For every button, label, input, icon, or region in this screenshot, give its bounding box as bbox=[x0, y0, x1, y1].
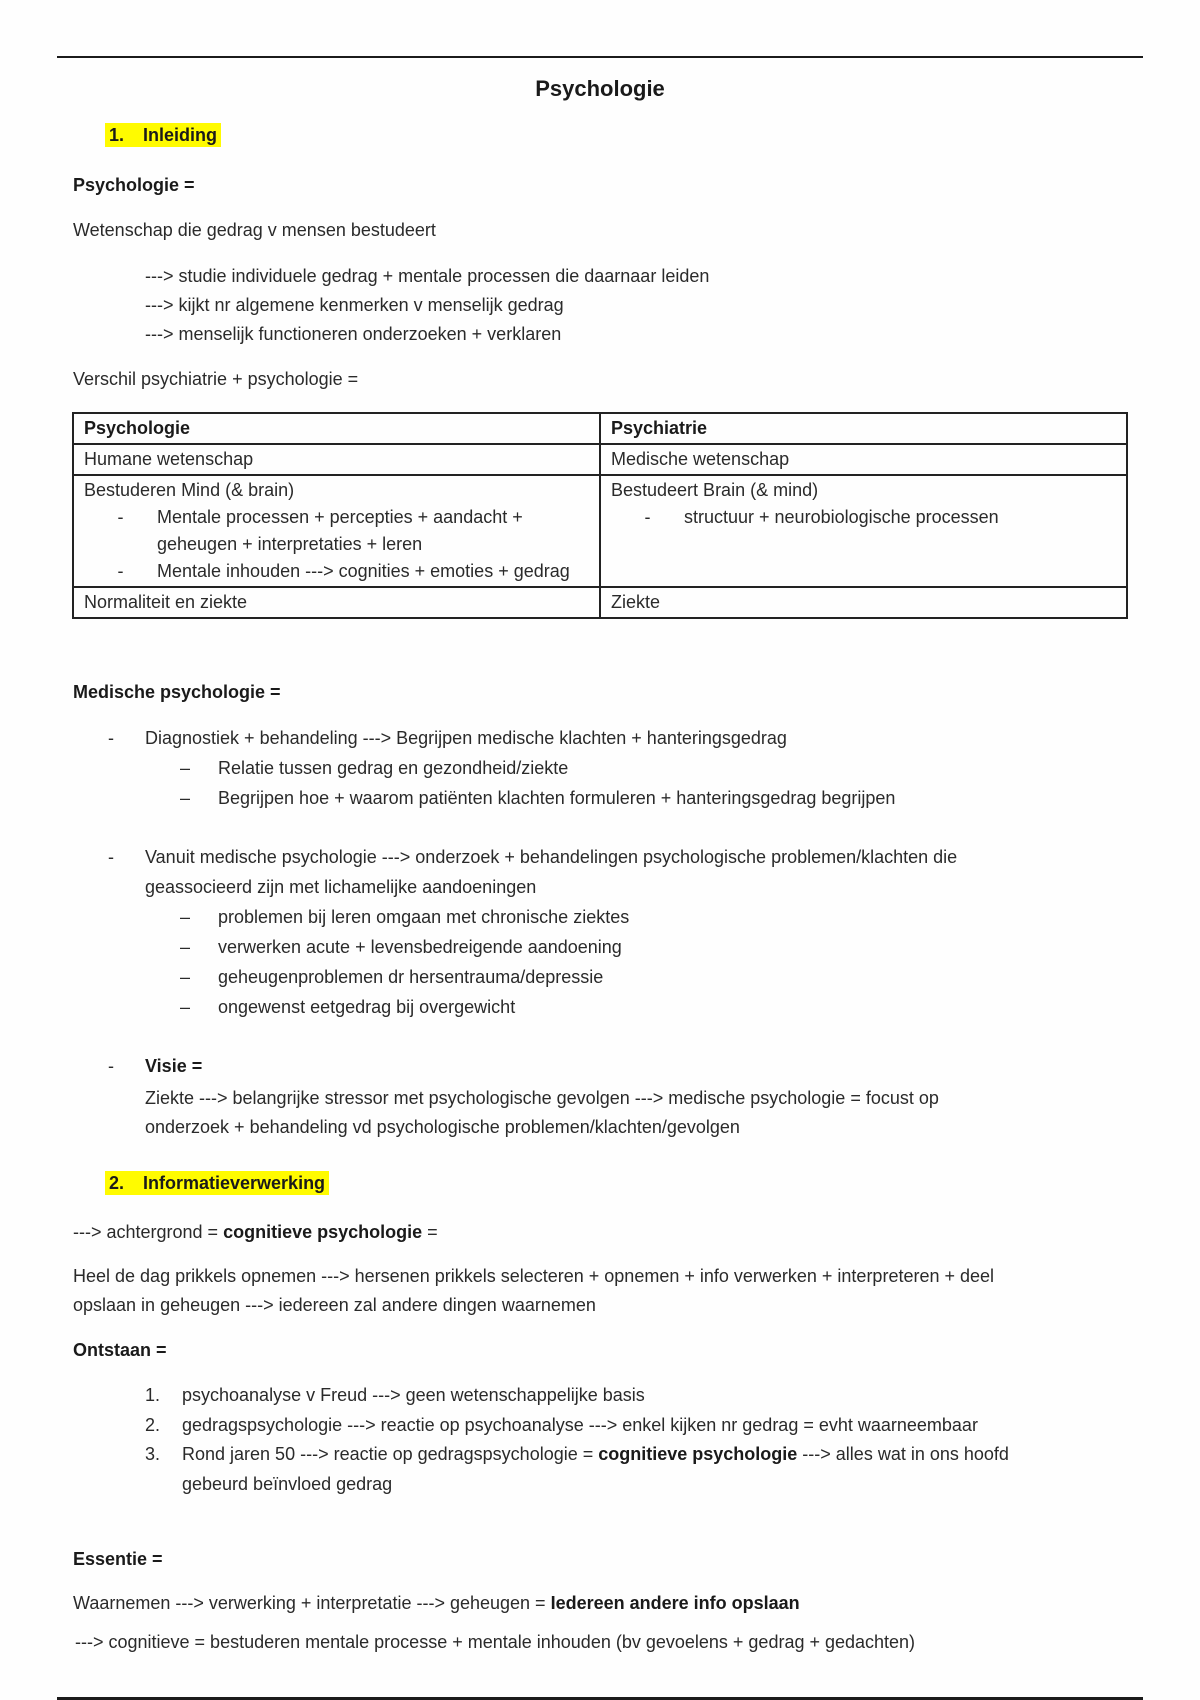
essentie-line: Waarnemen ---> verwerking + interpretati… bbox=[73, 1593, 800, 1614]
text-span: Waarnemen ---> verwerking + interpretati… bbox=[73, 1593, 551, 1613]
cell-list-text: structuur + neurobiologische processen bbox=[684, 504, 1116, 531]
sub-list-item: problemen bij leren omgaan met chronisch… bbox=[218, 907, 629, 928]
dash-bullet: - bbox=[108, 728, 114, 749]
cell-list-item: -Mentale inhouden ---> cognities + emoti… bbox=[84, 558, 589, 585]
list-number: 2. bbox=[145, 1415, 160, 1436]
section-heading-2: 2.Informatieverwerking bbox=[105, 1173, 329, 1194]
cell-title: Bestuderen Mind (& brain) bbox=[84, 477, 589, 504]
table-cell: Ziekte bbox=[600, 587, 1127, 618]
cognitieve-line: ---> cognitieve = bestuderen mentale pro… bbox=[75, 1632, 915, 1653]
highlight: 2.Informatieverwerking bbox=[105, 1171, 329, 1195]
header-rule bbox=[57, 56, 1143, 58]
section-title: Informatieverwerking bbox=[143, 1173, 325, 1193]
numbered-list-item: gedragspsychologie ---> reactie op psych… bbox=[182, 1415, 978, 1436]
table-cell: Medische wetenschap bbox=[600, 444, 1127, 475]
table-row: Normaliteit en ziekte Ziekte bbox=[73, 587, 1127, 618]
sub-dash-bullet: – bbox=[180, 967, 190, 988]
cell-title: Bestudeert Brain (& mind) bbox=[611, 477, 1116, 504]
table-header-row: Psychologie Psychiatrie bbox=[73, 413, 1127, 444]
bold-text: Iedereen andere info opslaan bbox=[551, 1593, 800, 1613]
paragraph-line: opslaan in geheugen ---> iedereen zal an… bbox=[73, 1295, 596, 1316]
achtergrond-line: ---> achtergrond = cognitieve psychologi… bbox=[73, 1222, 438, 1243]
table-cell: Bestuderen Mind (& brain) -Mentale proce… bbox=[73, 475, 600, 587]
psychologie-definition-text: Wetenschap die gedrag v mensen bestudeer… bbox=[73, 220, 436, 241]
sub-dash-bullet: – bbox=[180, 907, 190, 928]
visie-text: onderzoek + behandeling vd psychologisch… bbox=[145, 1117, 740, 1138]
visie-label: Visie = bbox=[145, 1056, 202, 1077]
list-item-continued: geassocieerd zijn met lichamelijke aando… bbox=[145, 877, 536, 898]
essentie-label: Essentie = bbox=[73, 1549, 163, 1570]
table-cell: Normaliteit en ziekte bbox=[73, 587, 600, 618]
table-header-cell: Psychologie bbox=[73, 413, 600, 444]
numbered-list-item-continued: gebeurd beïnvloed gedrag bbox=[182, 1474, 392, 1495]
bold-text: cognitieve psychologie bbox=[598, 1444, 797, 1464]
table-header-cell: Psychiatrie bbox=[600, 413, 1127, 444]
dash-bullet: - bbox=[84, 504, 157, 558]
sub-list-item: Begrijpen hoe + waarom patiënten klachte… bbox=[218, 788, 895, 809]
ontstaan-label: Ontstaan = bbox=[73, 1340, 167, 1361]
text-span: ---> achtergrond = bbox=[73, 1222, 223, 1242]
cell-list-text: Mentale inhouden ---> cognities + emotie… bbox=[157, 558, 589, 585]
list-number: 1. bbox=[145, 1385, 160, 1406]
sub-dash-bullet: – bbox=[180, 788, 190, 809]
bold-text: cognitieve psychologie bbox=[223, 1222, 422, 1242]
dash-bullet: - bbox=[108, 847, 114, 868]
dash-bullet: - bbox=[84, 558, 157, 585]
highlight: 1.Inleiding bbox=[105, 123, 221, 147]
page-title: Psychologie bbox=[0, 76, 1200, 102]
table-cell: Humane wetenschap bbox=[73, 444, 600, 475]
medische-psychologie-label: Medische psychologie = bbox=[73, 682, 281, 703]
numbered-list-item: psychoanalyse v Freud ---> geen wetensch… bbox=[182, 1385, 645, 1406]
list-number: 3. bbox=[145, 1444, 160, 1465]
arrow-line: ---> kijkt nr algemene kenmerken v mense… bbox=[145, 295, 564, 316]
sub-dash-bullet: – bbox=[180, 997, 190, 1018]
numbered-list-item: Rond jaren 50 ---> reactie op gedragspsy… bbox=[182, 1444, 1009, 1465]
list-item: Diagnostiek + behandeling ---> Begrijpen… bbox=[145, 728, 787, 749]
cell-list-text: Mentale processen + percepties + aandach… bbox=[157, 504, 589, 558]
cell-list-item: -structuur + neurobiologische processen bbox=[611, 504, 1116, 531]
table-row: Bestuderen Mind (& brain) -Mentale proce… bbox=[73, 475, 1127, 587]
section-number: 2. bbox=[109, 1173, 143, 1194]
table-cell: Bestudeert Brain (& mind) -structuur + n… bbox=[600, 475, 1127, 587]
section-heading-1: 1.Inleiding bbox=[105, 125, 221, 146]
sub-dash-bullet: – bbox=[180, 937, 190, 958]
sub-list-item: verwerken acute + levensbedreigende aand… bbox=[218, 937, 622, 958]
sub-list-item: Relatie tussen gedrag en gezondheid/ziek… bbox=[218, 758, 568, 779]
section-number: 1. bbox=[109, 125, 143, 146]
cell-list-item: -Mentale processen + percepties + aandac… bbox=[84, 504, 589, 558]
difference-label: Verschil psychiatrie + psychologie = bbox=[73, 369, 358, 390]
arrow-line: ---> studie individuele gedrag + mentale… bbox=[145, 266, 709, 287]
dash-bullet: - bbox=[108, 1056, 114, 1077]
list-item: Vanuit medische psychologie ---> onderzo… bbox=[145, 847, 957, 868]
text-span: Rond jaren 50 ---> reactie op gedragspsy… bbox=[182, 1444, 598, 1464]
section-title: Inleiding bbox=[143, 125, 217, 145]
paragraph-line: Heel de dag prikkels opnemen ---> hersen… bbox=[73, 1266, 994, 1287]
table-row: Humane wetenschap Medische wetenschap bbox=[73, 444, 1127, 475]
arrow-line: ---> menselijk functioneren onderzoeken … bbox=[145, 324, 561, 345]
text-span: = bbox=[422, 1222, 438, 1242]
psychologie-definition-label: Psychologie = bbox=[73, 175, 195, 196]
text-span: ---> alles wat in ons hoofd bbox=[797, 1444, 1009, 1464]
sub-dash-bullet: – bbox=[180, 758, 190, 779]
dash-bullet: - bbox=[611, 504, 684, 531]
visie-text: Ziekte ---> belangrijke stressor met psy… bbox=[145, 1088, 939, 1109]
sub-list-item: ongewenst eetgedrag bij overgewicht bbox=[218, 997, 515, 1018]
comparison-table: Psychologie Psychiatrie Humane wetenscha… bbox=[72, 412, 1128, 619]
sub-list-item: geheugenproblemen dr hersentrauma/depres… bbox=[218, 967, 603, 988]
